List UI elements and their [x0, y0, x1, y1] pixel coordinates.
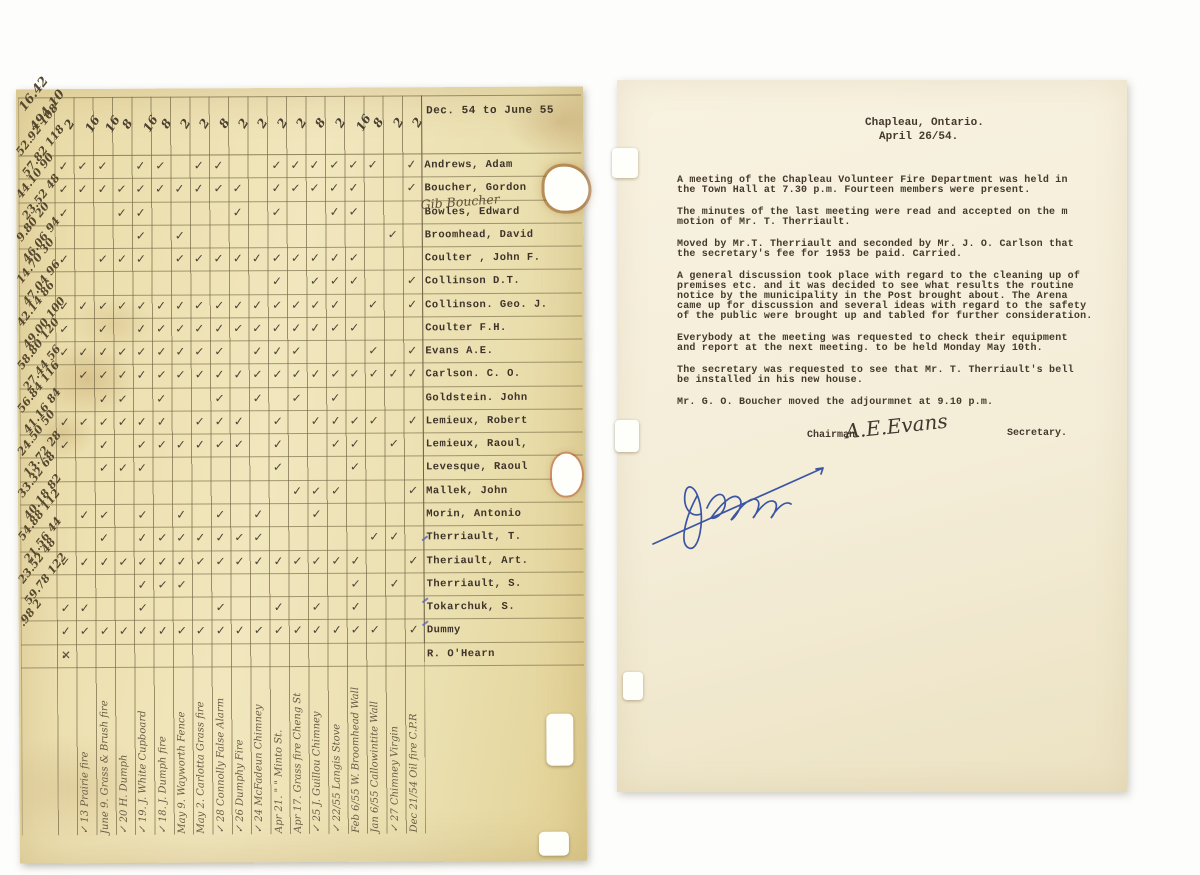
incident-log-entry: ✓ 13 Prairie fire — [79, 648, 98, 834]
minutes-paragraph: A general discussion took place with reg… — [677, 272, 1097, 322]
heading-date: April 26/54. — [865, 130, 984, 144]
incident-log-entry: ✓ 25 J. Guillou Chimney — [311, 647, 330, 833]
minutes-paragraph: Mr. G. O. Boucher moved the adjourmnet a… — [677, 398, 1097, 408]
incident-log-entry: Feb 6/55 W. Broomhead Wall — [350, 647, 369, 833]
incident-log-section: Dec 21/54 Oil fire C.P.R✓ 27 Chimney Vir… — [16, 87, 587, 864]
incident-log-entry: June 9. Grass & Brush fire — [99, 648, 118, 834]
chairman-signature-ink — [645, 448, 840, 553]
minutes-paragraph: Everybody at the meeting was requested t… — [677, 334, 1097, 354]
heading-place: Chapleau, Ontario. — [865, 116, 984, 130]
incident-log-entry: ✓ 26 Dumphy Fire — [234, 647, 253, 833]
attendance-ledger-page: 21616816822822228216822 Dec. 54 to June … — [16, 87, 587, 864]
incident-log-entry: Apr 17. Grass fire Cheng St — [292, 647, 311, 833]
incident-log-entry: May 9. Wayworth Fence — [176, 648, 195, 834]
minutes-heading: Chapleau, Ontario. April 26/54. — [865, 116, 984, 144]
minutes-page: Chapleau, Ontario. April 26/54. A meetin… — [617, 80, 1127, 792]
incident-log-entry: Jan 6/55 Callowintite Wall — [369, 647, 388, 833]
incident-log-entry: ✓ 28 Connolly False Alarm — [215, 647, 234, 833]
incident-log-entry: ✓ 27 Chimney Virgin — [389, 646, 408, 832]
incident-log-entry: ✓ 20 H. Dumph — [118, 648, 137, 834]
minutes-body: A meeting of the Chapleau Volunteer Fire… — [677, 176, 1097, 420]
minutes-paragraph: The minutes of the last meeting were rea… — [677, 208, 1097, 228]
minutes-paragraph: The secretary was requested to see that … — [677, 366, 1097, 386]
torn-hole — [544, 166, 588, 210]
minutes-paragraph: A meeting of the Chapleau Volunteer Fire… — [677, 176, 1097, 196]
incident-log-entry: Dec 21/54 Oil fire C.P.R — [408, 646, 427, 832]
incident-log-entry: Apr 21. " " Minto St. — [273, 647, 292, 833]
paper-tab — [539, 832, 569, 856]
torn-hole — [552, 454, 582, 496]
paper-tab — [615, 420, 639, 452]
paper-tab — [546, 714, 573, 766]
paper-tab — [623, 672, 643, 700]
scanned-documents-background: 21616816822822228216822 Dec. 54 to June … — [0, 0, 1200, 875]
secretary-label: Secretary. — [1007, 428, 1067, 439]
incident-log-entry: May 2. Carlotta Grass fire — [195, 647, 214, 833]
incident-log-entry: ✓ 22/55 Langis Stove — [331, 647, 350, 833]
incident-log-entry: ✓ 24 McFadeun Chimney — [253, 647, 272, 833]
incident-log-entry: ✓ 19. J. White Cupboard — [137, 648, 156, 834]
paper-tab — [612, 148, 638, 178]
minutes-paragraph: Moved by Mr.T. Therriault and seconded b… — [677, 240, 1097, 260]
incident-log-entry: ✓ 18. J. Dumph fire — [157, 648, 176, 834]
